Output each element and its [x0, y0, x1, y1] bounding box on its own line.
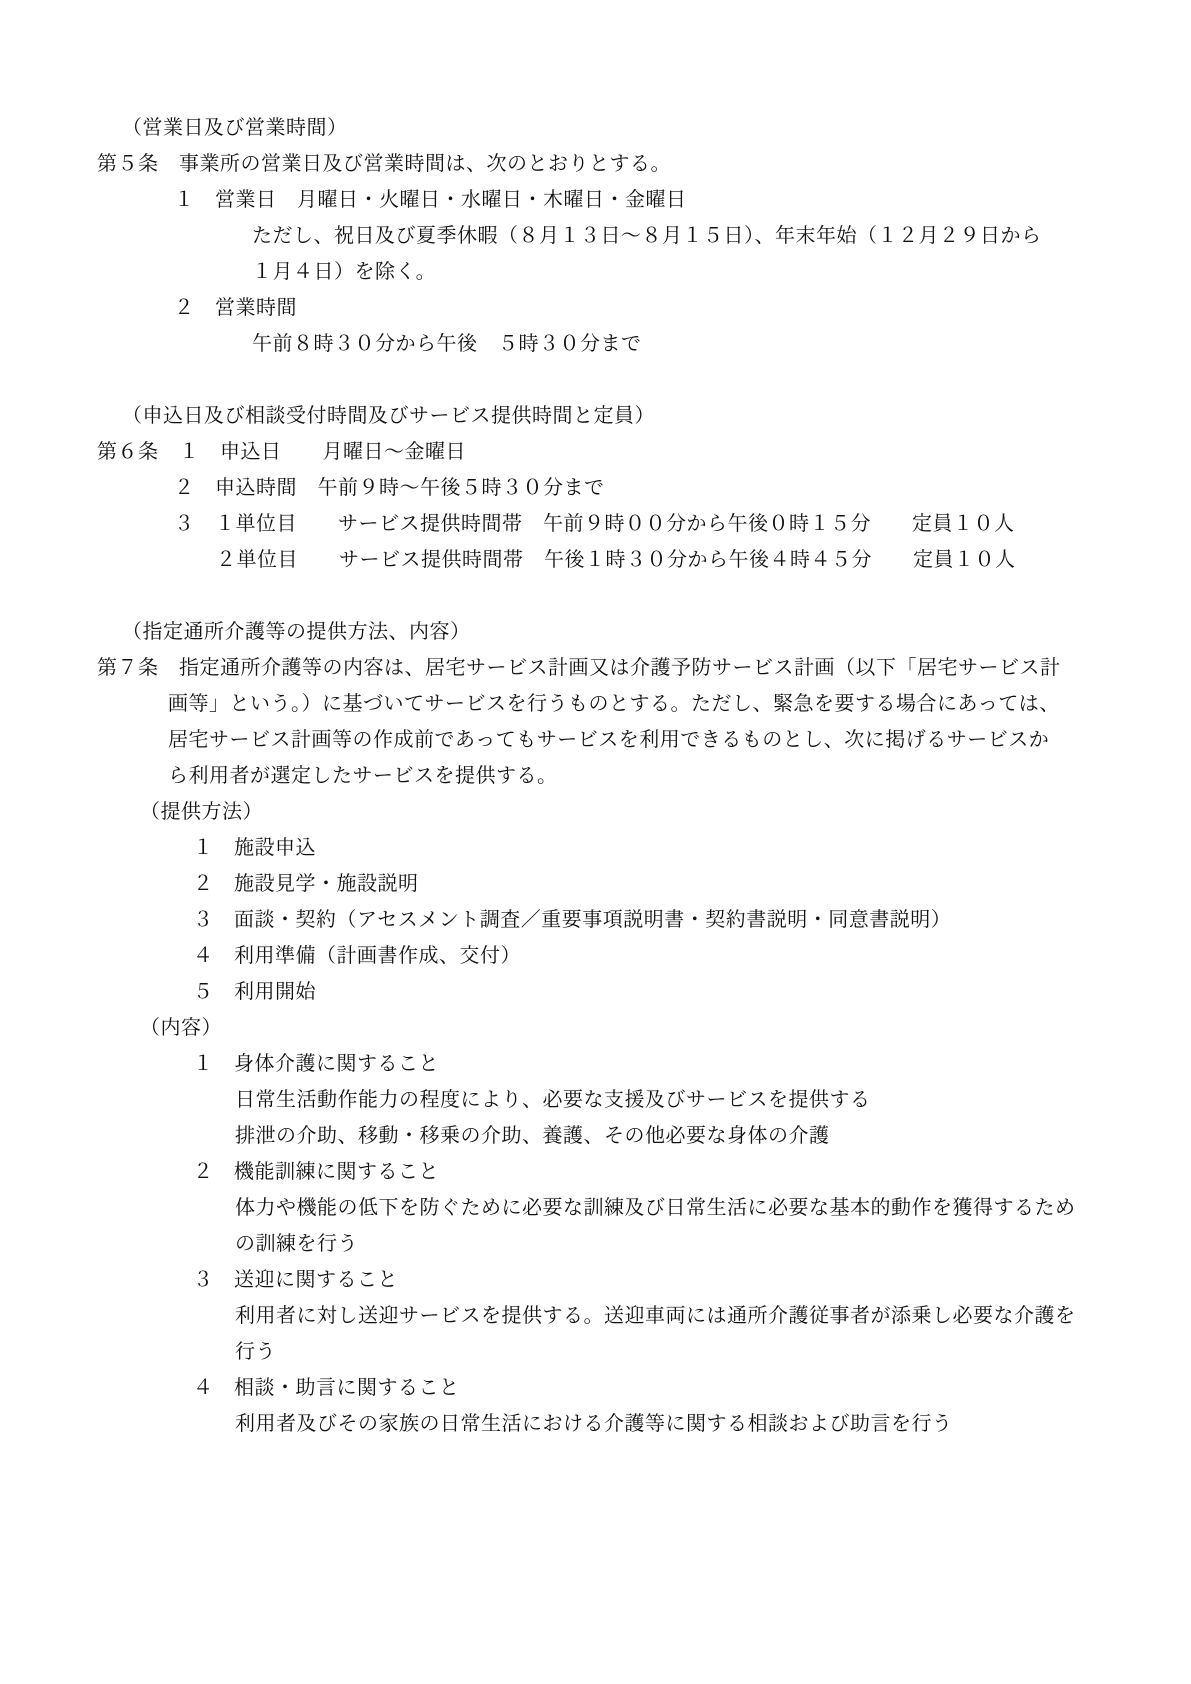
article-5-item-2: ２ 営業時間 [174, 290, 1191, 326]
method-item-2: ２ 施設見学・施設説明 [193, 866, 1191, 902]
article-6-section: （申込日及び相談受付時間及びサービス提供時間と定員） 第６条 １ 申込日 月曜日… [0, 398, 1191, 578]
content-item-1: １ 身体介護に関すること [193, 1046, 1191, 1082]
method-item-1: １ 施設申込 [193, 830, 1191, 866]
content-heading: （内容） [140, 1010, 1191, 1046]
method-heading: （提供方法） [140, 794, 1191, 830]
content-item-2: ２ 機能訓練に関すること [193, 1154, 1191, 1190]
article-5-heading: （営業日及び営業時間） [122, 110, 1191, 146]
article-6-item-3: ３ １単位目 サービス提供時間帯 午前９時００分から午後０時１５分 定員１０人 [174, 506, 1191, 542]
article-6-item-3-unit-2: ２単位目 サービス提供時間帯 午後１時３０分から午後４時４５分 定員１０人 [216, 542, 1191, 578]
content-item-1-desc-2: 排泄の介助、移動・移乗の介助、養護、その他必要な身体の介護 [235, 1118, 1191, 1154]
method-item-3: ３ 面談・契約（アセスメント調査／重要事項説明書・契約書説明・同意書説明） [193, 902, 1191, 938]
method-item-5: ５ 利用開始 [193, 974, 1191, 1010]
article-7-paragraph-line-1: 第７条 指定通所介護等の内容は、居宅サービス計画又は介護予防サービス計画（以下「… [97, 650, 1191, 686]
article-6-item-1: 第６条 １ 申込日 月曜日～金曜日 [97, 434, 1191, 470]
content-item-2-desc-1: 体力や機能の低下を防ぐために必要な訓練及び日常生活に必要な基本的動作を獲得するた… [235, 1190, 1191, 1226]
article-7-section: （指定通所介護等の提供方法、内容） 第７条 指定通所介護等の内容は、居宅サービス… [0, 614, 1191, 1442]
content-item-4-desc: 利用者及びその家族の日常生活における介護等に関する相談および助言を行う [235, 1406, 1191, 1442]
article-7-paragraph-line-3: 居宅サービス計画等の作成前であってもサービスを利用できるものとし、次に掲げるサー… [168, 722, 1191, 758]
method-item-4: ４ 利用準備（計画書作成、交付） [193, 938, 1191, 974]
article-5-body: 第５条 事業所の営業日及び営業時間は、次のとおりとする。 [97, 146, 1191, 182]
article-7-paragraph-line-2: 画等」という。）に基づいてサービスを行うものとする。ただし、緊急を要する場合にあ… [168, 686, 1191, 722]
document-page: （営業日及び営業時間） 第５条 事業所の営業日及び営業時間は、次のとおりとする。… [0, 0, 1191, 1684]
content-item-4: ４ 相談・助言に関すること [193, 1370, 1191, 1406]
article-5-item-2-note: 午前８時３０分から午後 ５時３０分まで [252, 326, 1191, 362]
content-item-3-desc-1: 利用者に対し送迎サービスを提供する。送迎車両には通所介護従事者が添乗し必要な介護… [235, 1298, 1191, 1334]
article-5-item-1-note-1: ただし、祝日及び夏季休暇（８月１３日～８月１５日）、年末年始（１２月２９日から [252, 218, 1191, 254]
article-5-section: （営業日及び営業時間） 第５条 事業所の営業日及び営業時間は、次のとおりとする。… [0, 110, 1191, 362]
article-6-item-2: ２ 申込時間 午前９時～午後５時３０分まで [174, 470, 1191, 506]
content-item-2-desc-2: の訓練を行う [235, 1226, 1191, 1262]
article-6-heading: （申込日及び相談受付時間及びサービス提供時間と定員） [122, 398, 1191, 434]
article-7-heading: （指定通所介護等の提供方法、内容） [122, 614, 1191, 650]
article-7-paragraph-line-4: ら利用者が選定したサービスを提供する。 [168, 758, 1191, 794]
content-item-1-desc-1: 日常生活動作能力の程度により、必要な支援及びサービスを提供する [235, 1082, 1191, 1118]
article-5-item-1: １ 営業日 月曜日・火曜日・水曜日・木曜日・金曜日 [174, 182, 1191, 218]
document-content: （営業日及び営業時間） 第５条 事業所の営業日及び営業時間は、次のとおりとする。… [0, 0, 1191, 1442]
content-item-3-desc-2: 行う [235, 1334, 1191, 1370]
content-item-3: ３ 送迎に関すること [193, 1262, 1191, 1298]
article-5-item-1-note-2: １月４日）を除く。 [252, 254, 1191, 290]
